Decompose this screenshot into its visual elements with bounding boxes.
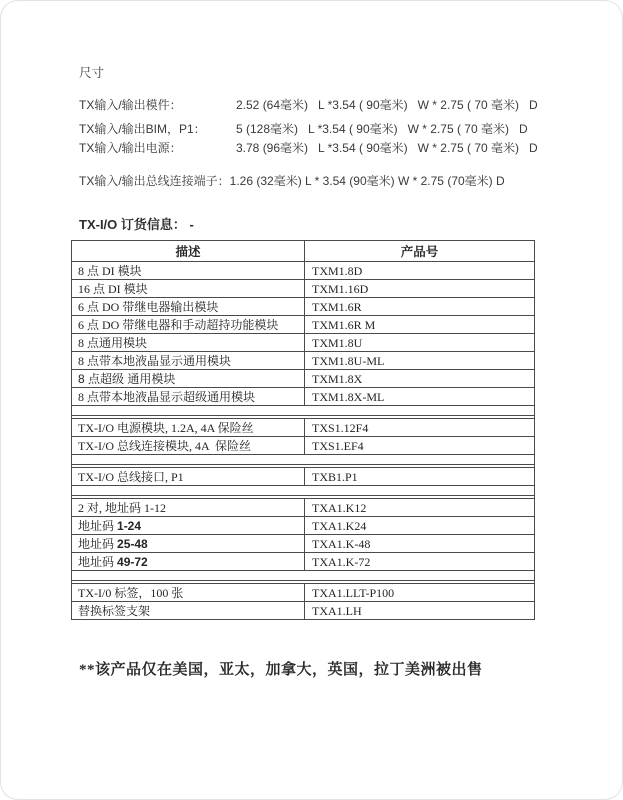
description-cell: 8 点带本地液晶显示通用模块	[72, 352, 305, 370]
table-row: TX-I/O 总线连接模块, 4A 保险丝TXS1.EF4	[72, 437, 535, 455]
product-number-cell: TXS1.12F4	[305, 419, 535, 437]
dimension-label: TX输入/输出电源：	[79, 140, 236, 156]
table-body: 8 点 DI 模块TXM1.8D16 点 DI 模块TXM1.16D6 点 DO…	[72, 262, 535, 620]
separator-cell	[72, 571, 535, 581]
product-number-cell: TXA1.LLT-P100	[305, 584, 535, 602]
separator-row	[72, 486, 535, 496]
product-number-cell: TXM1.16D	[305, 280, 535, 298]
column-header-description: 描述	[72, 241, 305, 262]
description-cell: 地址码 25-48	[72, 535, 305, 553]
dimension-line: TX输入/输出BIM，P1：5 (128毫米) L *3.54 ( 90毫米) …	[79, 121, 582, 137]
separator-row	[72, 571, 535, 581]
description-cell: 8 点带本地液晶显示超级通用模块	[72, 388, 305, 406]
description-cell: 6 点 DO 带继电器输出模块	[72, 298, 305, 316]
dimension-label: TX输入/输出BIM，P1：	[79, 121, 236, 137]
table-row: TX-I/O 电源模块, 1.2A, 4A 保险丝TXS1.12F4	[72, 419, 535, 437]
description-cell: TX-I/O 总线连接模块, 4A 保险丝	[72, 437, 305, 455]
table-row: 2 对, 地址码 1-12TXA1.K12	[72, 499, 535, 517]
description-cell: 地址码 1-24	[72, 517, 305, 535]
table-row: 6 点 DO 带继电器和手动超持功能模块TXM1.6R M	[72, 316, 535, 334]
table-row: 地址码 49-72TXA1.K-72	[72, 553, 535, 571]
address-code-range: 49-72	[117, 555, 148, 569]
product-number-cell: TXM1.8X-ML	[305, 388, 535, 406]
description-cell: 8 点通用模块	[72, 334, 305, 352]
table-row: 地址码 1-24TXA1.K24	[72, 517, 535, 535]
order-table: 描述 产品号 8 点 DI 模块TXM1.8D16 点 DI 模块TXM1.16…	[71, 240, 535, 620]
dimension-line: TX输入/输出总线连接端子：1.26 (32毫米) L * 3.54 (90毫米…	[79, 173, 582, 189]
dimension-line: TX输入/输出电源：3.78 (96毫米) L *3.54 ( 90毫米) W …	[79, 140, 582, 156]
table-row: 替换标签支架TXA1.LH	[72, 602, 535, 620]
product-number-cell: TXA1.K-72	[305, 553, 535, 571]
dimension-value: 2.52 (64毫米) L *3.54 ( 90毫米) W * 2.75 ( 7…	[236, 97, 538, 113]
product-number-cell: TXB1.P1	[305, 468, 535, 486]
description-cell: 8 点 DI 模块	[72, 262, 305, 280]
product-number-cell: TXM1.8U	[305, 334, 535, 352]
footnote: **该产品仅在美国，亚太，加拿大，英国，拉丁美洲被出售	[79, 658, 582, 679]
separator-cell	[72, 455, 535, 465]
product-number-cell: TXM1.8D	[305, 262, 535, 280]
description-cell: TX-I/O 电源模块, 1.2A, 4A 保险丝	[72, 419, 305, 437]
page-content: 尺寸 TX输入/输出模件：2.52 (64毫米) L *3.54 ( 90毫米)…	[1, 1, 622, 679]
dimension-lines: TX输入/输出模件：2.52 (64毫米) L *3.54 ( 90毫米) W …	[79, 97, 582, 189]
product-number-cell: TXA1.K24	[305, 517, 535, 535]
order-info-title: TX-I/O 订货信息： -	[79, 217, 582, 233]
description-cell: 6 点 DO 带继电器和手动超持功能模块	[72, 316, 305, 334]
table-row: 16 点 DI 模块TXM1.16D	[72, 280, 535, 298]
dimension-label: TX输入/输出总线连接端子：	[79, 173, 230, 189]
table-row: 8 点通用模块TXM1.8U	[72, 334, 535, 352]
table-row: 6 点 DO 带继电器输出模块TXM1.6R	[72, 298, 535, 316]
address-code-range: 1-24	[117, 519, 141, 533]
table-header-row: 描述 产品号	[72, 241, 535, 262]
dimension-value: 3.78 (96毫米) L *3.54 ( 90毫米) W * 2.75 ( 7…	[236, 140, 538, 156]
description-cell: TX-I/0 标签，100 张	[72, 584, 305, 602]
table-row: TX-I/O 总线接口, P1TXB1.P1	[72, 468, 535, 486]
table-row: TX-I/0 标签，100 张TXA1.LLT-P100	[72, 584, 535, 602]
separator-cell	[72, 406, 535, 416]
table-row: 8 点 DI 模块TXM1.8D	[72, 262, 535, 280]
product-number-cell: TXM1.8U-ML	[305, 352, 535, 370]
dimensions-heading: 尺寸	[79, 65, 582, 81]
description-cell: 替换标签支架	[72, 602, 305, 620]
description-cell: 2 对, 地址码 1-12	[72, 499, 305, 517]
product-number-cell: TXS1.EF4	[305, 437, 535, 455]
dimension-label: TX输入/输出模件：	[79, 97, 236, 113]
description-cell: 地址码 49-72	[72, 553, 305, 571]
document-page: 尺寸 TX输入/输出模件：2.52 (64毫米) L *3.54 ( 90毫米)…	[0, 0, 623, 800]
description-cell: 8 点超级 通用模块	[72, 370, 305, 388]
product-number-cell: TXA1.K12	[305, 499, 535, 517]
product-number-cell: TXA1.K-48	[305, 535, 535, 553]
product-number-cell: TXM1.8X	[305, 370, 535, 388]
product-number-cell: TXM1.6R	[305, 298, 535, 316]
product-number-cell: TXA1.LH	[305, 602, 535, 620]
separator-row	[72, 406, 535, 416]
dimension-value: 1.26 (32毫米) L * 3.54 (90毫米) W * 2.75 (70…	[230, 173, 505, 189]
separator-row	[72, 455, 535, 465]
table-row: 8 点超级 通用模块TXM1.8X	[72, 370, 535, 388]
description-cell: TX-I/O 总线接口, P1	[72, 468, 305, 486]
table-row: 8 点带本地液晶显示超级通用模块TXM1.8X-ML	[72, 388, 535, 406]
address-code-range: 25-48	[117, 537, 148, 551]
dimension-line: TX输入/输出模件：2.52 (64毫米) L *3.54 ( 90毫米) W …	[79, 97, 582, 113]
separator-cell	[72, 486, 535, 496]
product-number-cell: TXM1.6R M	[305, 316, 535, 334]
dimension-value: 5 (128毫米) L *3.54 ( 90毫米) W * 2.75 ( 70 …	[236, 121, 528, 137]
table-row: 8 点带本地液晶显示通用模块TXM1.8U-ML	[72, 352, 535, 370]
column-header-product-number: 产品号	[305, 241, 535, 262]
table-row: 地址码 25-48TXA1.K-48	[72, 535, 535, 553]
description-cell: 16 点 DI 模块	[72, 280, 305, 298]
